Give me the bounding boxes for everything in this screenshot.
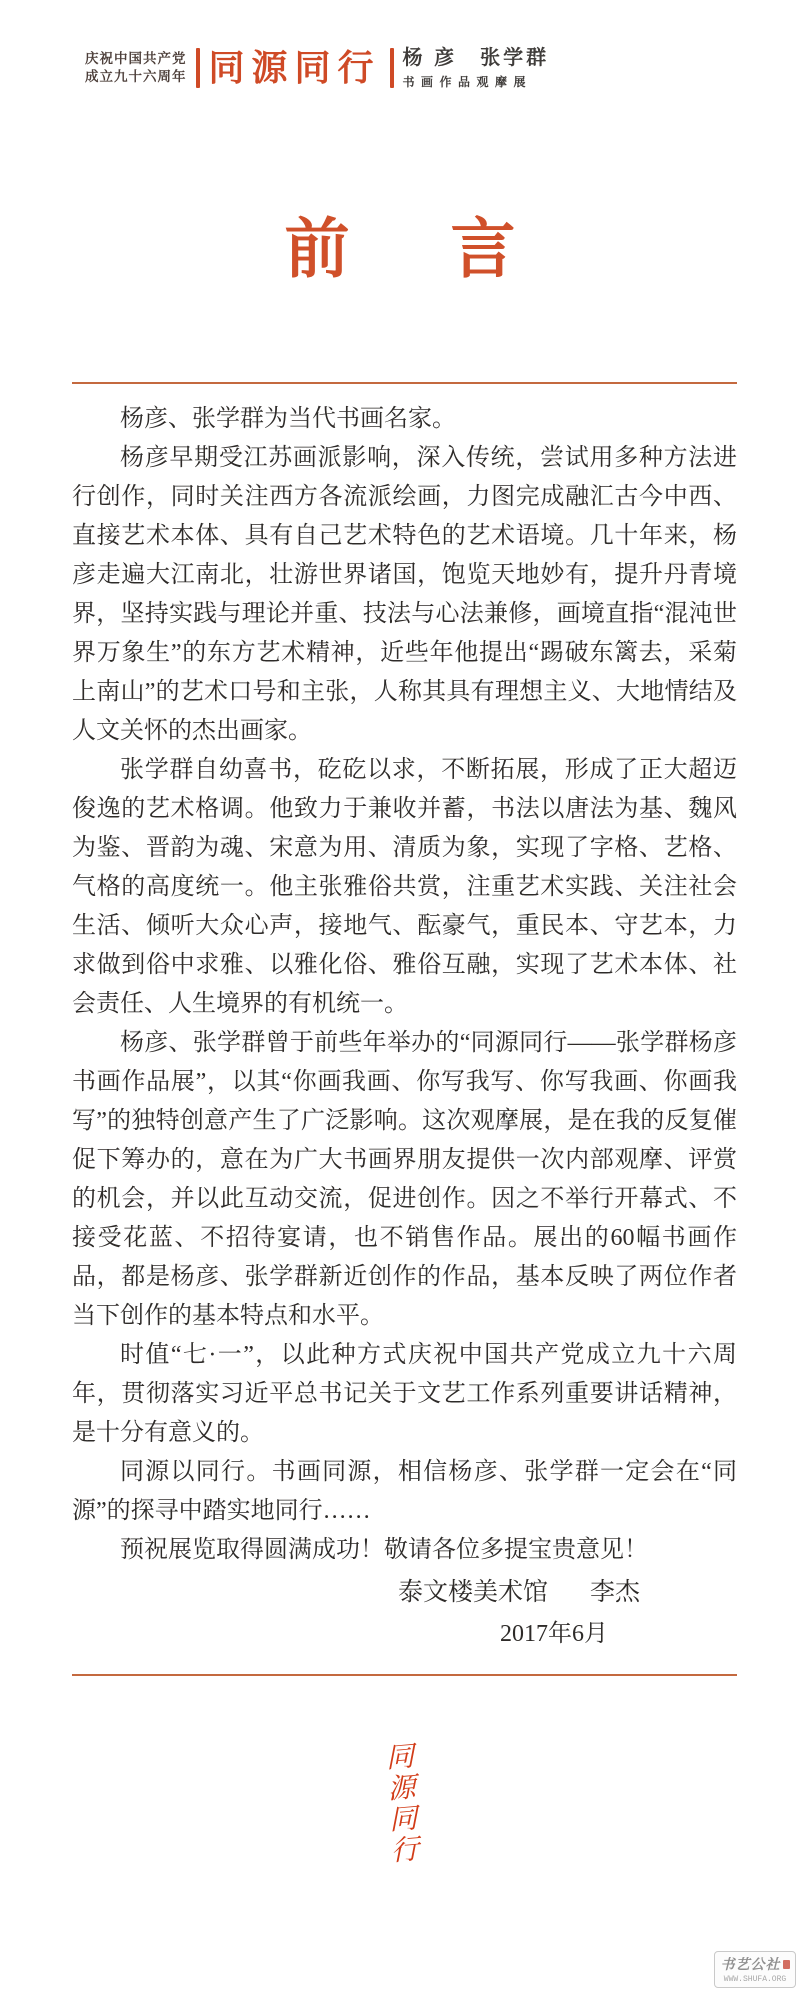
paragraph: 时值“七·一”，以此种方式庆祝中国共产党成立九十六周年，贯彻落实习近平总书记关于… xyxy=(72,1336,737,1453)
signature-name: 李杰 xyxy=(590,1579,640,1606)
signature-organization: 泰文楼美术馆 xyxy=(398,1579,548,1606)
divider-bar-right xyxy=(390,48,394,88)
page-title: 前 言 xyxy=(0,213,800,285)
signature-line: 泰文楼美术馆李杰 xyxy=(0,1572,800,1608)
calligraphy-signature: 同源同行 xyxy=(381,1741,417,1867)
celebration-text: 庆祝中国共产党 成立九十六周年 xyxy=(85,50,187,86)
top-divider-line xyxy=(72,382,737,384)
celebration-line2: 成立九十六周年 xyxy=(85,68,187,86)
divider-bar-left xyxy=(196,48,200,88)
exhibition-title: 同源同行 xyxy=(209,48,381,88)
paragraph: 杨彦早期受江苏画派影响，深入传统，尝试用多种方法进行创作，同时关注西方各流派绘画… xyxy=(72,439,737,751)
paragraph: 杨彦、张学群为当代书画名家。 xyxy=(72,400,737,439)
watermark-top-row: 书艺公社 xyxy=(721,1954,790,1974)
paragraph: 同源以同行。书画同源，相信杨彦、张学群一定会在“同源”的探寻中踏实地同行…… xyxy=(72,1453,737,1531)
paragraph: 预祝展览取得圆满成功！敬请各位多提宝贵意见！ xyxy=(72,1531,737,1570)
artist-names: 杨 彦 张学群 xyxy=(403,46,550,70)
signature-date: 2017年6月 xyxy=(0,1613,800,1648)
watermark-site-name: 书艺公社 xyxy=(721,1954,781,1974)
watermark-url: WWW.SHUFA.ORG xyxy=(724,1975,786,1984)
artists-block: 杨 彦 张学群 书画作品观摩展 xyxy=(403,46,550,90)
paragraph: 杨彦、张学群曾于前些年举办的“同源同行——张学群杨彦书画作品展”，以其“你画我画… xyxy=(72,1024,737,1336)
seal-icon xyxy=(783,1960,790,1969)
bottom-divider-line xyxy=(72,1674,737,1676)
watermark-badge: 书艺公社 WWW.SHUFA.ORG xyxy=(714,1951,796,1988)
paragraph: 张学群自幼喜书，矻矻以求，不断拓展，形成了正大超迈俊逸的艺术格调。他致力于兼收并… xyxy=(72,751,737,1024)
preface-body: 杨彦、张学群为当代书画名家。 杨彦早期受江苏画派影响，深入传统，尝试用多种方法进… xyxy=(72,400,737,1570)
exhibition-subtitle: 书画作品观摩展 xyxy=(403,73,550,90)
header-banner: 庆祝中国共产党 成立九十六周年 同源同行 杨 彦 张学群 书画作品观摩展 xyxy=(85,46,549,90)
celebration-line1: 庆祝中国共产党 xyxy=(85,50,187,68)
